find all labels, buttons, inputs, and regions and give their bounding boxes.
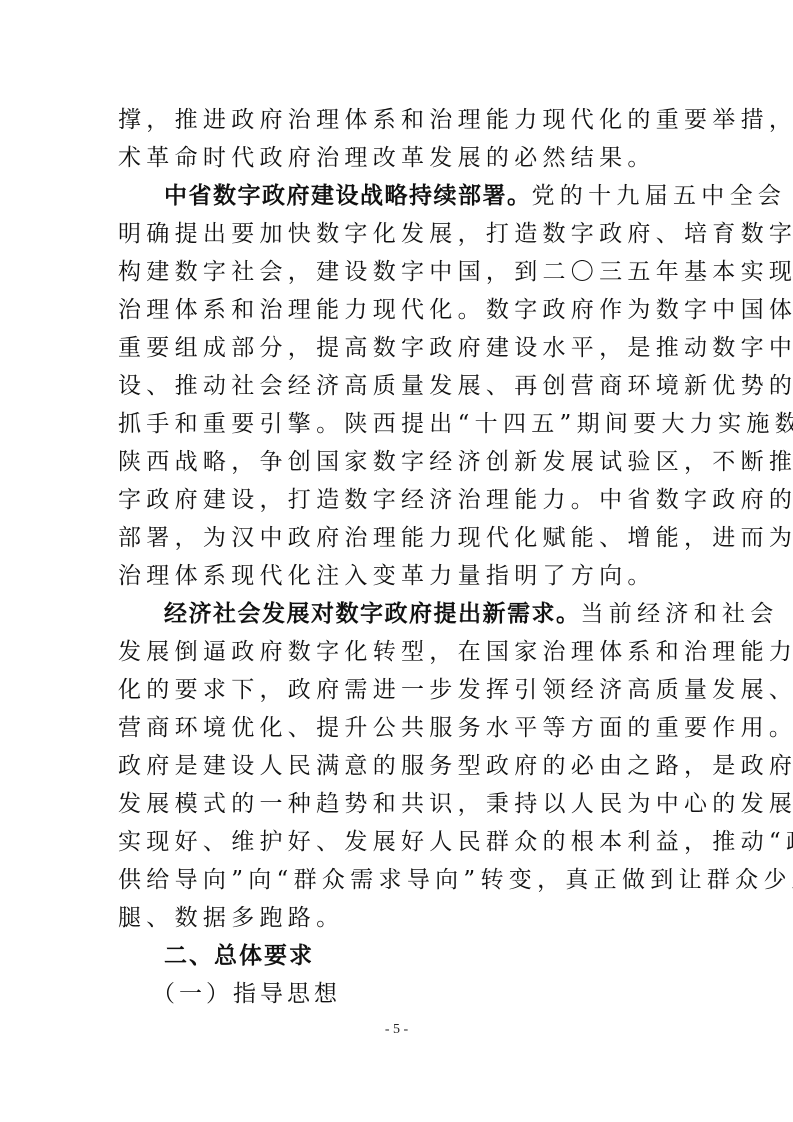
paragraph-line: 腿、数据多跑路。 xyxy=(118,899,688,937)
paragraph-line: 供给导向”向“群众需求导向”转变，真正做到让群众少跑 xyxy=(118,861,688,899)
section-heading: 经济社会发展对数字政府提出新需求。 xyxy=(164,601,581,627)
paragraph-line: 发展倒逼政府数字化转型，在国家治理体系和治理能力现代 xyxy=(118,633,688,671)
paragraph-line: 部署，为汉中政府治理能力现代化赋能、增能，进而为政府 xyxy=(118,519,688,557)
chapter-heading: 二、总体要求 xyxy=(164,937,734,975)
section-heading: 中省数字政府建设战略持续部署。 xyxy=(164,183,532,209)
section-heading-line: 经济社会发展对数字政府提出新需求。当前经济和社会 xyxy=(164,595,734,633)
paragraph-line: 重要组成部分，提高数字政府建设水平，是推动数字中国建 xyxy=(118,329,688,367)
paragraph-line: 实现好、维护好、发展好人民群众的根本利益，推动“政府 xyxy=(118,823,688,861)
paragraph-line: 治理体系和治理能力现代化。数字政府作为数字中国体系的 xyxy=(118,291,688,329)
paragraph-text: 党的十九届五中全会 xyxy=(532,183,787,209)
paragraph-line: 抓手和重要引擎。陕西提出“十四五”期间要大力实施数字 xyxy=(118,405,688,443)
paragraph-line: 营商环境优化、提升公共服务水平等方面的重要作用。数字 xyxy=(118,709,688,747)
paragraph-line: 明确提出要加快数字化发展，打造数字政府、培育数字经济、 xyxy=(118,215,688,253)
document-page: 撑，推进政府治理体系和治理能力现代化的重要举措，是技 术革命时代政府治理改革发展… xyxy=(0,0,793,1122)
paragraph-line: 设、推动社会经济高质量发展、再创营商环境新优势的重要 xyxy=(118,367,688,405)
paragraph-line: 字政府建设，打造数字经济治理能力。中省数字政府的战略 xyxy=(118,481,688,519)
paragraph-line: 化的要求下，政府需进一步发挥引领经济高质量发展、驱动 xyxy=(118,671,688,709)
page-number: - 5 - xyxy=(0,1022,793,1038)
paragraph-line: 政府是建设人民满意的服务型政府的必由之路，是政府未来 xyxy=(118,747,688,785)
paragraph-line: 治理体系现代化注入变革力量指明了方向。 xyxy=(118,557,688,595)
paragraph-text: 当前经济和社会 xyxy=(581,601,779,627)
section-heading-line: 中省数字政府建设战略持续部署。党的十九届五中全会 xyxy=(164,177,734,215)
paragraph-line: 术革命时代政府治理改革发展的必然结果。 xyxy=(118,139,688,177)
paragraph-line: 发展模式的一种趋势和共识，秉持以人民为中心的发展思想， xyxy=(118,785,688,823)
paragraph-line: 撑，推进政府治理体系和治理能力现代化的重要举措，是技 xyxy=(118,101,688,139)
sub-heading: （一）指导思想 xyxy=(152,975,722,1013)
paragraph-line: 构建数字社会，建设数字中国，到二〇三五年基本实现国家 xyxy=(118,253,688,291)
paragraph-line: 陕西战略，争创国家数字经济创新发展试验区，不断推进数 xyxy=(118,443,688,481)
